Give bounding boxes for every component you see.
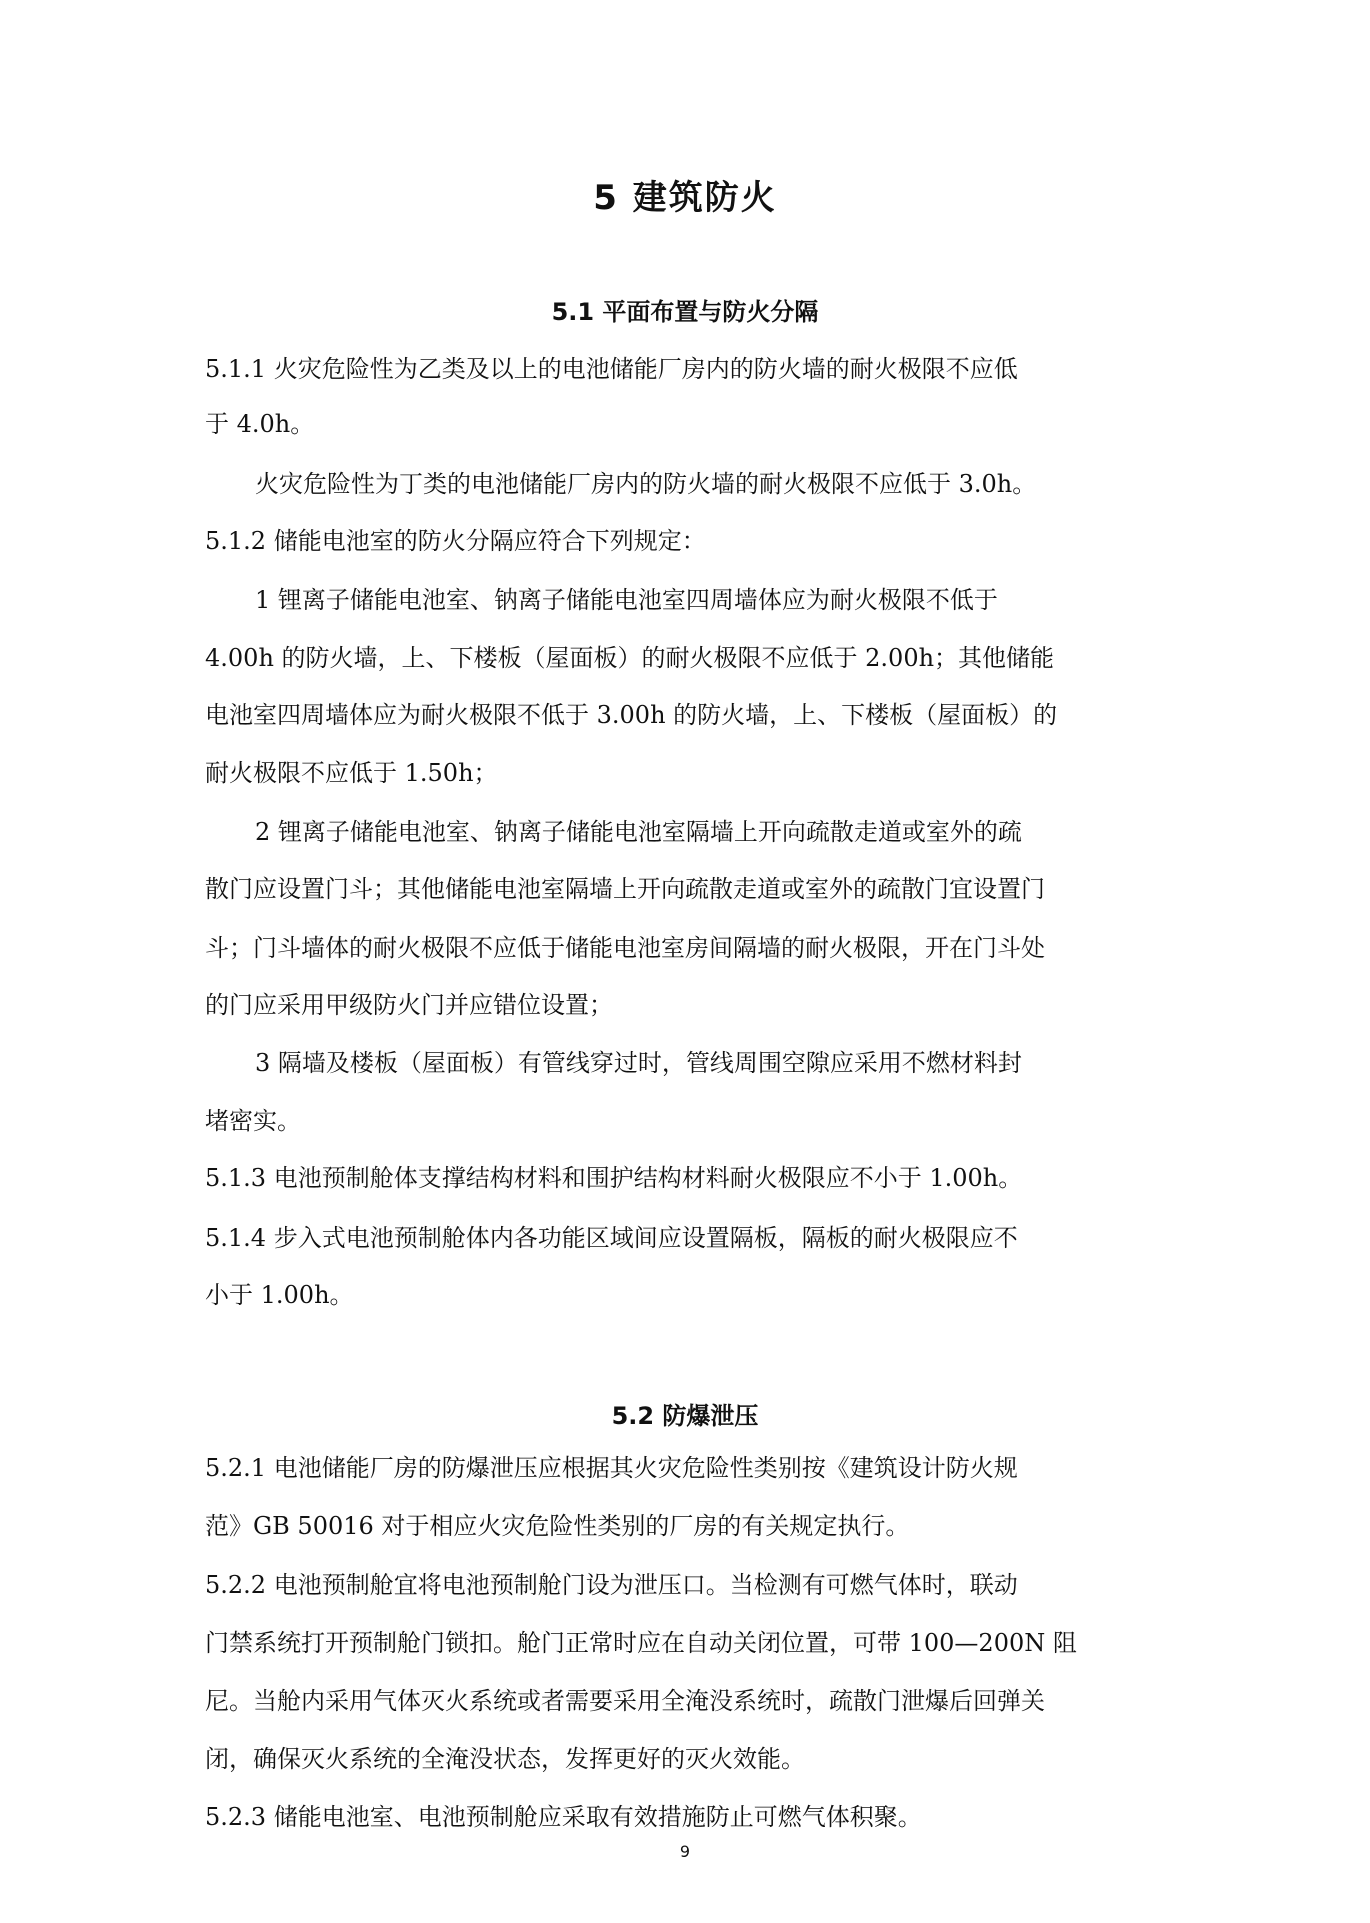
chapter-title: 5 建筑防火	[0, 170, 1370, 219]
section-heading-5-1: 5.1 平面布置与防火分隔	[0, 292, 1370, 327]
clause-5-1-1-line-2: 于 4.0h。	[205, 408, 314, 440]
clause-5-1-1-para-2: 火灾危险性为丁类的电池储能厂房内的防火墙的耐火极限不应低于 3.0h。	[255, 468, 1036, 500]
clause-5-2-2-line-1: 5.2.2 电池预制舱宜将电池预制舱门设为泄压口。当检测有可燃气体时，联动	[205, 1569, 1018, 1601]
page-number: 9	[0, 1842, 1370, 1861]
item-3-line-1: 3 隔墙及楼板（屋面板）有管线穿过时，管线周围空隙应采用不燃材料封	[255, 1047, 1022, 1079]
clause-5-1-2-line-1: 5.1.2 储能电池室的防火分隔应符合下列规定：	[205, 525, 706, 557]
clause-5-1-4-line-2: 小于 1.00h。	[205, 1279, 354, 1311]
document-page: 5 建筑防火 5.1 平面布置与防火分隔 5.1.1 火灾危险性为乙类及以上的电…	[0, 0, 1370, 1923]
item-1-line-1: 1 锂离子储能电池室、钠离子储能电池室四周墙体应为耐火极限不低于	[255, 584, 998, 616]
clause-5-2-1-line-1: 5.2.1 电池储能厂房的防爆泄压应根据其火灾危险性类别按《建筑设计防火规	[205, 1452, 1018, 1484]
section-heading-5-2: 5.2 防爆泄压	[0, 1396, 1370, 1431]
item-2-line-3: 斗；门斗墙体的耐火极限不应低于储能电池室房间隔墙的耐火极限，开在门斗处	[205, 932, 1045, 964]
clause-5-2-2-line-2: 门禁系统打开预制舱门锁扣。舱门正常时应在自动关闭位置，可带 100—200N 阻	[205, 1627, 1077, 1659]
item-2-line-1: 2 锂离子储能电池室、钠离子储能电池室隔墙上开向疏散走道或室外的疏	[255, 816, 1022, 848]
clause-5-1-1-line-1: 5.1.1 火灾危险性为乙类及以上的电池储能厂房内的防火墙的耐火极限不应低	[205, 353, 1018, 385]
item-1-line-3: 电池室四周墙体应为耐火极限不低于 3.00h 的防火墙，上、下楼板（屋面板）的	[205, 699, 1057, 731]
item-1-line-2: 4.00h 的防火墙，上、下楼板（屋面板）的耐火极限不应低于 2.00h；其他储…	[205, 642, 1054, 674]
item-2-line-2: 散门应设置门斗；其他储能电池室隔墙上开向疏散走道或室外的疏散门宜设置门	[205, 873, 1045, 905]
item-3-line-2: 堵密实。	[205, 1105, 301, 1137]
item-1-line-4: 耐火极限不应低于 1.50h；	[205, 757, 498, 789]
clause-5-2-2-line-4: 闭，确保灭火系统的全淹没状态，发挥更好的灭火效能。	[205, 1743, 805, 1775]
clause-5-1-3: 5.1.3 电池预制舱体支撑结构材料和围护结构材料耐火极限应不小于 1.00h。	[205, 1162, 1022, 1194]
item-2-line-4: 的门应采用甲级防火门并应错位设置；	[205, 989, 613, 1021]
clause-5-2-3: 5.2.3 储能电池室、电池预制舱应采取有效措施防止可燃气体积聚。	[205, 1801, 922, 1833]
clause-5-2-2-line-3: 尼。当舱内采用气体灭火系统或者需要采用全淹没系统时，疏散门泄爆后回弹关	[205, 1685, 1045, 1717]
clause-5-2-1-line-2: 范》GB 50016 对于相应火灾危险性类别的厂房的有关规定执行。	[205, 1510, 909, 1542]
clause-5-1-4-line-1: 5.1.4 步入式电池预制舱体内各功能区域间应设置隔板，隔板的耐火极限应不	[205, 1222, 1018, 1254]
